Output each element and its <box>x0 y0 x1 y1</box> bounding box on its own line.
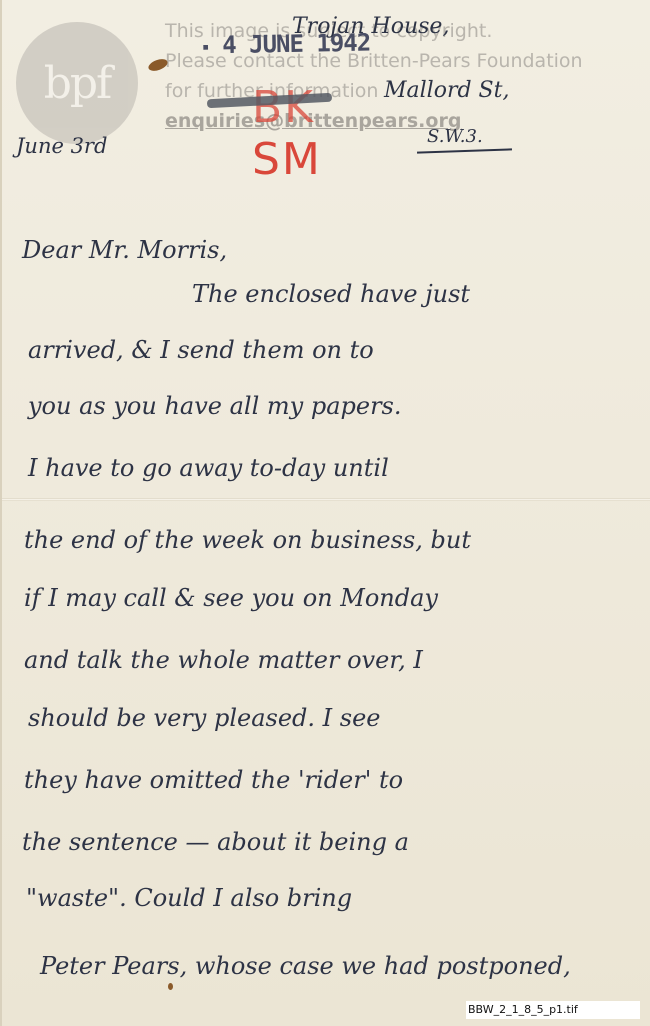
crossed-annotation: BK <box>252 82 315 133</box>
watermark-email: enquiries@brittenpears.org <box>165 106 583 136</box>
letter-line: you as you have all my papers. <box>28 392 402 420</box>
letter-page: bpf This image is subject to copyright. … <box>0 0 650 1026</box>
letter-line: "waste". Could I also bring <box>26 884 352 912</box>
ink-stain <box>168 983 173 990</box>
letter-line: should be very pleased. I see <box>28 704 381 732</box>
letter-line: Peter Pears, whose case we had postponed… <box>40 952 571 980</box>
red-initials: SM <box>252 134 322 185</box>
address-line: S.W.3. <box>427 126 483 147</box>
letter-line: if I may call & see you on Monday <box>24 584 438 612</box>
letter-line: and talk the whole matter over, I <box>24 646 423 674</box>
paper-fold <box>2 498 650 501</box>
logo-text: bpf <box>44 58 111 109</box>
salutation: Dear Mr. Morris, <box>22 236 227 264</box>
filename-label: BBW_2_1_8_5_p1.tif <box>466 1001 640 1019</box>
bpf-logo: bpf <box>16 22 138 144</box>
letter-line: the end of the week on business, but <box>24 526 471 554</box>
letter-line: the sentence — about it being a <box>22 828 409 856</box>
address-underline <box>417 148 512 153</box>
address-line: Trojan House, <box>292 14 449 39</box>
letter-line: they have omitted the 'rider' to <box>24 766 403 794</box>
letter-date: June 3rd <box>16 134 107 158</box>
address-line: Mallord St, <box>384 78 509 103</box>
letter-line: The enclosed have just <box>192 280 470 308</box>
letter-line: arrived, & I send them on to <box>28 336 374 364</box>
letter-line: I have to go away to-day until <box>28 454 389 482</box>
